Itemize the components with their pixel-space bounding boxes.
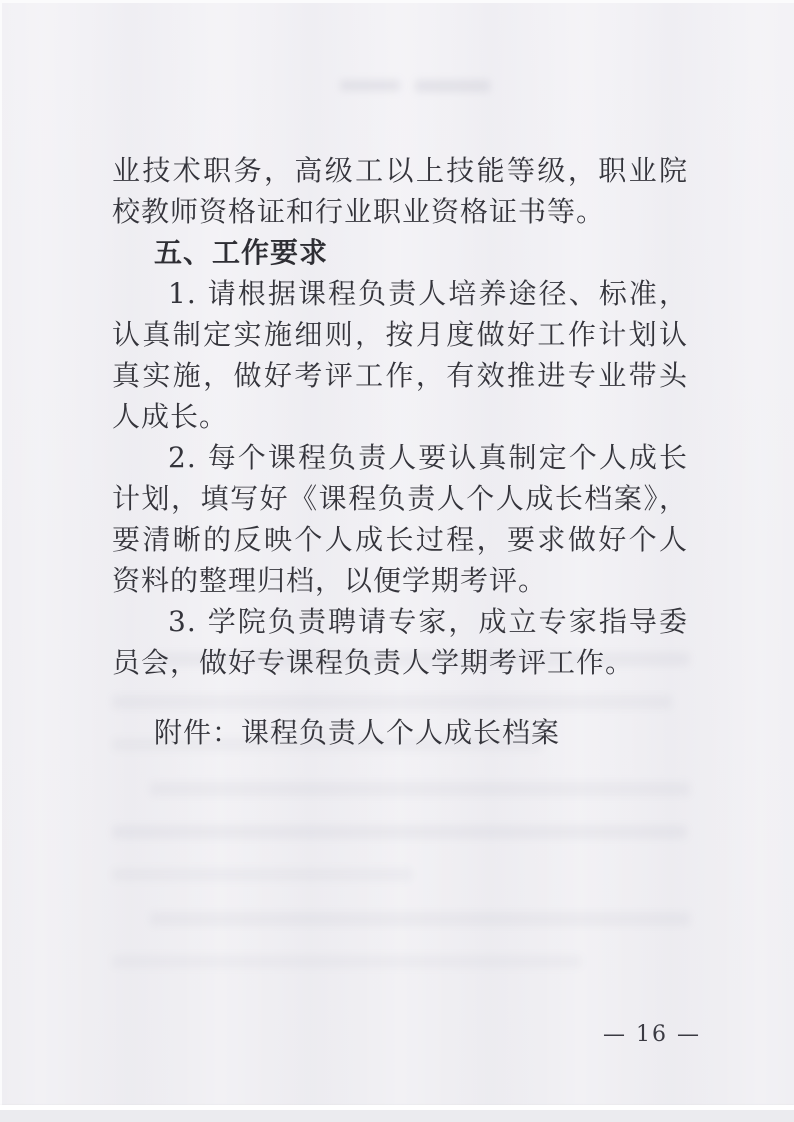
numbered-item-1: 1. 请根据课程负责人培养途径、标准，认真制定实施细则，按月度做好工作计划认真实… <box>112 273 688 437</box>
scan-edge-left <box>0 0 2 1122</box>
section-heading: 五、工作要求 <box>112 232 688 273</box>
bleed-through-artifact <box>340 80 400 91</box>
bleed-through-artifact <box>415 80 490 92</box>
bleed-through-artifact <box>112 868 412 881</box>
bleed-through-artifact <box>150 912 690 926</box>
continuation-paragraph: 业技术职务，高级工以上技能等级，职业院校教师资格证和行业职业资格证书等。 <box>112 150 688 232</box>
numbered-item-2: 2. 每个课程负责人要认真制定个人成长计划，填写好《课程负责人个人成长档案》，要… <box>112 437 688 601</box>
bleed-through-artifact <box>112 825 687 839</box>
scanned-document-page: 业技术职务，高级工以上技能等级，职业院校教师资格证和行业职业资格证书等。 五、工… <box>0 0 794 1122</box>
bleed-through-artifact <box>150 782 690 796</box>
bleed-through-artifact <box>112 955 582 968</box>
scan-edge-bottom-strip <box>0 1110 794 1122</box>
page-number: — 16 — <box>592 1022 712 1047</box>
numbered-item-3: 3. 学院负责聘请专家，成立专家指导委员会，做好专课程负责人学期考评工作。 <box>112 601 688 683</box>
scan-edge-top <box>0 0 794 3</box>
document-body: 业技术职务，高级工以上技能等级，职业院校教师资格证和行业职业资格证书等。 五、工… <box>112 150 688 753</box>
attachment-line: 附件：课程负责人个人成长档案 <box>112 712 688 753</box>
